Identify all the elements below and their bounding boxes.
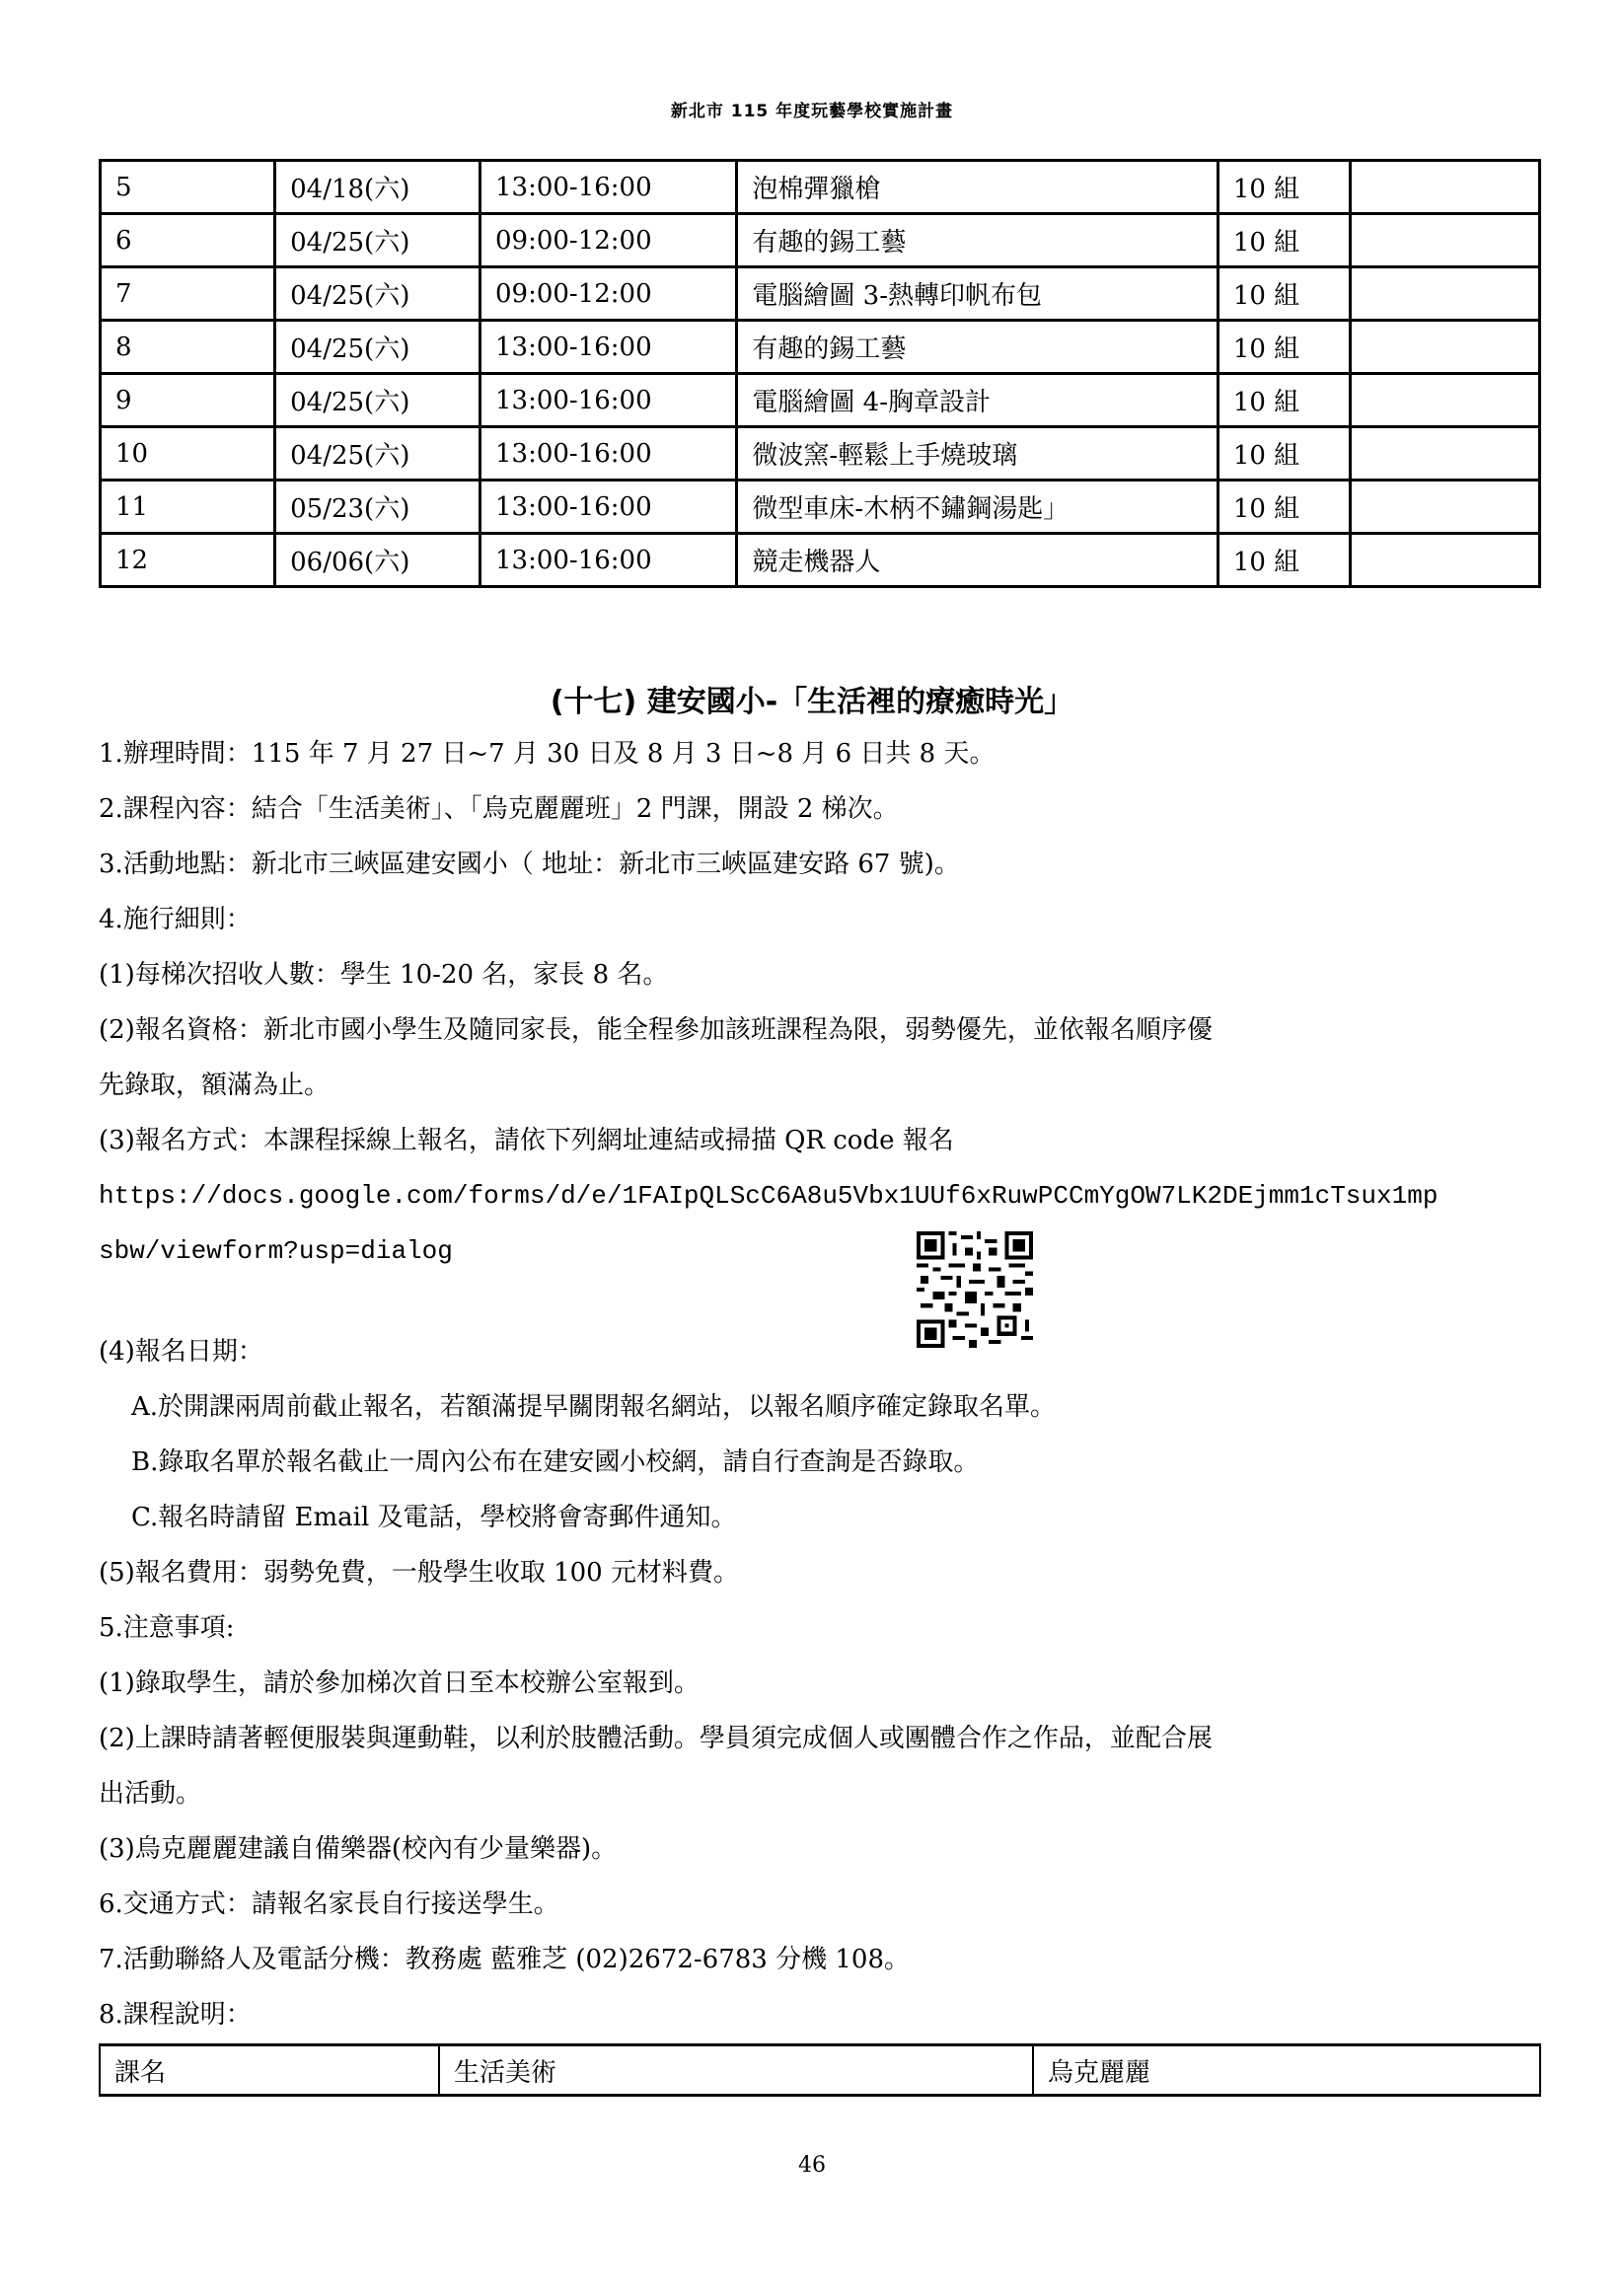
- row-time: 13:00-16:00: [480, 534, 737, 587]
- row-note: [1351, 374, 1540, 427]
- document-header: 新北市 115 年度玩藝學校實施計畫: [0, 97, 1624, 121]
- row-note: [1351, 321, 1540, 374]
- table-row: 10 04/25(六) 13:00-16:00 微波窯-輕鬆上手燒玻璃 10 組: [101, 427, 1540, 481]
- rule-registration-method: (3)報名方式：本課程採線上報名，請依下列網址連結或掃描 QR code 報名: [99, 1124, 954, 1157]
- table-row: 6 04/25(六) 09:00-12:00 有趣的錫工藝 10 組: [101, 214, 1540, 267]
- row-quota: 10 組: [1218, 321, 1350, 374]
- registration-link[interactable]: https://docs.google.com/forms/d/e/1FAIpQ…: [99, 1179, 1438, 1213]
- row-number: 10: [101, 427, 275, 481]
- date-note-a: A.於開課兩周前截止報名，若額滿提早關閉報名網站，以報名順序確定錄取名單。: [131, 1390, 1056, 1424]
- row-number: 8: [101, 321, 275, 374]
- table-row: 5 04/18(六) 13:00-16:00 泡棉彈獵槍 10 組: [101, 161, 1540, 214]
- row-quota: 10 組: [1218, 534, 1350, 587]
- row-time: 13:00-16:00: [480, 161, 737, 214]
- row-course: 微型車床-木柄不鏽鋼湯匙」: [737, 481, 1218, 534]
- row-date: 04/18(六): [275, 161, 480, 214]
- row-course: 有趣的錫工藝: [737, 214, 1218, 267]
- rule-eligibility: (2)報名資格：新北市國小學生及隨同家長，能全程參加該班課程為限，弱勢優先，並依…: [99, 1013, 1213, 1047]
- item-course-content: 2.課程內容：結合「生活美術」、「烏克麗麗班」2 門課，開設 2 梯次。: [99, 792, 899, 826]
- row-date: 04/25(六): [275, 427, 480, 481]
- date-note-b: B.錄取名單於報名截止一周內公布在建安國小校網，請自行查詢是否錄取。: [131, 1445, 979, 1479]
- row-time: 13:00-16:00: [480, 374, 737, 427]
- row-date: 06/06(六): [275, 534, 480, 587]
- row-number: 11: [101, 481, 275, 534]
- date-note-c: C.報名時請留 Email 及電話，學校將會寄郵件通知。: [131, 1501, 737, 1534]
- row-course: 泡棉彈獵槍: [737, 161, 1218, 214]
- item-transport: 6.交通方式：請報名家長自行接送學生。: [99, 1888, 559, 1921]
- row-quota: 10 組: [1218, 267, 1350, 321]
- rule-eligibility-cont: 先錄取，額滿為止。: [99, 1069, 330, 1102]
- row-quota: 10 組: [1218, 481, 1350, 534]
- row-date: 04/25(六): [275, 214, 480, 267]
- rule-registration-date: (4)報名日期：: [99, 1335, 263, 1369]
- table-row: 8 04/25(六) 13:00-16:00 有趣的錫工藝 10 組: [101, 321, 1540, 374]
- row-course: 競走機器人: [737, 534, 1218, 587]
- note-instrument: (3)烏克麗麗建議自備樂器(校內有少量樂器)。: [99, 1832, 617, 1866]
- row-note: [1351, 161, 1540, 214]
- row-time: 13:00-16:00: [480, 321, 737, 374]
- note-attire-cont: 出活動。: [99, 1777, 201, 1811]
- course-table: 課名 生活美術 烏克麗麗: [99, 2043, 1541, 2097]
- table-header-row: 課名 生活美術 烏克麗麗: [100, 2045, 1540, 2096]
- row-course: 電腦繪圖 4-胸章設計: [737, 374, 1218, 427]
- row-quota: 10 組: [1218, 374, 1350, 427]
- note-report: (1)錄取學生，請於參加梯次首日至本校辦公室報到。: [99, 1666, 700, 1700]
- row-note: [1351, 427, 1540, 481]
- rule-fee: (5)報名費用：弱勢免費，一般學生收取 100 元材料費。: [99, 1556, 739, 1590]
- registration-link-cont[interactable]: sbw/viewform?usp=dialog: [99, 1234, 453, 1268]
- qr-code-icon[interactable]: [917, 1231, 1033, 1348]
- table-row: 12 06/06(六) 13:00-16:00 競走機器人 10 組: [101, 534, 1540, 587]
- item-contact: 7.活動聯絡人及電話分機：教務處 藍雅芝 (02)2672-6783 分機 10…: [99, 1943, 910, 1976]
- row-number: 9: [101, 374, 275, 427]
- course-header-label: 課名: [100, 2045, 439, 2096]
- row-date: 04/25(六): [275, 321, 480, 374]
- row-time: 09:00-12:00: [480, 267, 737, 321]
- row-date: 04/25(六): [275, 267, 480, 321]
- row-date: 05/23(六): [275, 481, 480, 534]
- table-row: 9 04/25(六) 13:00-16:00 電腦繪圖 4-胸章設計 10 組: [101, 374, 1540, 427]
- row-number: 5: [101, 161, 275, 214]
- page-number: 46: [0, 2153, 1624, 2178]
- row-note: [1351, 214, 1540, 267]
- row-note: [1351, 267, 1540, 321]
- row-quota: 10 組: [1218, 214, 1350, 267]
- row-number: 7: [101, 267, 275, 321]
- row-time: 09:00-12:00: [480, 214, 737, 267]
- section-title: (十七) 建安國小-「生活裡的療癒時光」: [0, 677, 1624, 720]
- item-course-description: 8.課程說明：: [99, 1998, 252, 2032]
- row-time: 13:00-16:00: [480, 481, 737, 534]
- row-quota: 10 組: [1218, 161, 1350, 214]
- schedule-table: 5 04/18(六) 13:00-16:00 泡棉彈獵槍 10 組 6 04/2…: [99, 159, 1541, 588]
- rule-enrollment-count: (1)每梯次招收人數：學生 10-20 名，家長 8 名。: [99, 958, 668, 992]
- row-course: 有趣的錫工藝: [737, 321, 1218, 374]
- table-row: 11 05/23(六) 13:00-16:00 微型車床-木柄不鏽鋼湯匙」 10…: [101, 481, 1540, 534]
- row-quota: 10 組: [1218, 427, 1350, 481]
- row-number: 6: [101, 214, 275, 267]
- table-row: 7 04/25(六) 09:00-12:00 電腦繪圖 3-熱轉印帆布包 10 …: [101, 267, 1540, 321]
- course-header-art: 生活美術: [439, 2045, 1033, 2096]
- item-location: 3.活動地點：新北市三峽區建安國小（ 地址：新北市三峽區建安路 67 號)。: [99, 848, 960, 881]
- row-date: 04/25(六): [275, 374, 480, 427]
- row-number: 12: [101, 534, 275, 587]
- item-schedule-time: 1.辦理時間：115 年 7 月 27 日~7 月 30 日及 8 月 3 日~…: [99, 737, 995, 771]
- item-notes-heading: 5.注意事項:: [99, 1611, 235, 1645]
- course-header-ukulele: 烏克麗麗: [1033, 2045, 1540, 2096]
- row-course: 微波窯-輕鬆上手燒玻璃: [737, 427, 1218, 481]
- row-time: 13:00-16:00: [480, 427, 737, 481]
- row-note: [1351, 534, 1540, 587]
- item-rules-heading: 4.施行細則：: [99, 903, 252, 936]
- row-note: [1351, 481, 1540, 534]
- row-course: 電腦繪圖 3-熱轉印帆布包: [737, 267, 1218, 321]
- note-attire: (2)上課時請著輕便服裝與運動鞋，以利於肢體活動。學員須完成個人或團體合作之作品…: [99, 1722, 1213, 1755]
